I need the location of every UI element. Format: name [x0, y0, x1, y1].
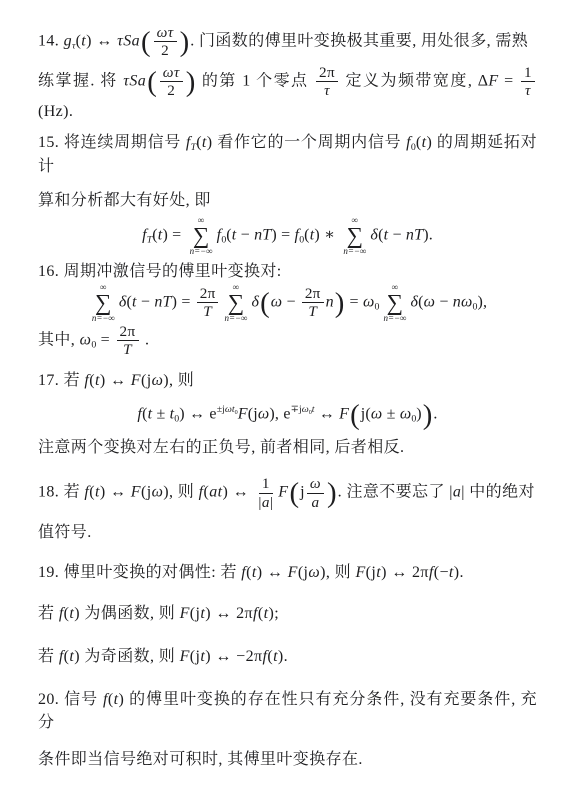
math-italic: t: [422, 134, 427, 151]
fraction-numerator: ω: [307, 475, 324, 493]
subscript: 0: [221, 234, 226, 245]
math-italic: ω: [258, 405, 270, 422]
math-italic: t: [69, 605, 74, 622]
math-italic: t: [252, 564, 257, 581]
summation: ∞∑n=−∞: [343, 216, 366, 256]
math-italic: ω: [371, 405, 383, 422]
big-parenthesis: ): [179, 26, 191, 58]
document-page: 14. gτ(t) ↔ τSa(ωτ2). 门函数的傅里叶变换极其重要, 用处很…: [0, 0, 567, 772]
math-italic: nT: [254, 226, 271, 243]
math-italic: f: [103, 691, 108, 708]
math-italic: f: [199, 484, 204, 501]
math-italic: δ: [370, 226, 378, 243]
math-italic: n: [326, 293, 334, 310]
math-italic: F: [180, 605, 190, 622]
summation: ∞∑n=−∞: [92, 283, 115, 323]
math-italic: F: [131, 372, 141, 389]
math-italic: f: [241, 564, 246, 581]
fraction: 1τ: [521, 64, 535, 100]
big-parenthesis: (: [140, 26, 152, 58]
subscript: 0: [299, 234, 304, 245]
fraction-denominator: τ: [321, 82, 333, 99]
math-italic: t: [376, 564, 381, 581]
fraction: 2πT: [197, 285, 219, 321]
math-italic: t: [95, 372, 100, 389]
subscript: 0: [411, 413, 416, 424]
summation-lower-limit: n=−∞: [383, 314, 406, 323]
subscript: 0: [91, 339, 96, 350]
math-italic: t: [232, 226, 237, 243]
item-19-line-3: 若 f(t) 为奇函数, 则 F(jt) ↔ −2πf(t).: [38, 645, 537, 668]
fraction-denominator: τ: [522, 82, 534, 99]
fraction-numerator: 1: [521, 64, 535, 82]
math-italic: F: [180, 648, 190, 665]
fraction-numerator: 2π: [302, 285, 324, 303]
math-italic: τ: [72, 41, 76, 52]
item-20-line-2: 条件即当信号绝对可积时, 其傅里叶变换存在.: [38, 748, 537, 771]
math-italic: at: [209, 484, 222, 501]
summation-lower-limit: n=−∞: [190, 247, 213, 256]
math-italic: t: [310, 226, 315, 243]
math-italic: t: [158, 226, 163, 243]
math-italic: T: [123, 341, 132, 358]
fraction: ωa: [307, 475, 324, 511]
math-italic: t: [273, 648, 278, 665]
summation: ∞∑n=−∞: [383, 283, 406, 323]
math-italic: t: [384, 226, 389, 243]
math-italic: ω: [152, 372, 164, 389]
big-parenthesis: (: [349, 399, 361, 431]
math-italic: t: [132, 293, 137, 310]
math-italic: ω: [310, 475, 321, 492]
math-italic: g: [64, 33, 72, 50]
math-italic: t: [264, 605, 269, 622]
math-italic: δ: [411, 293, 419, 310]
math-italic: nT: [406, 226, 423, 243]
math-italic: F: [488, 73, 498, 90]
math-italic: nT: [154, 293, 171, 310]
math-italic: a: [262, 494, 270, 511]
math-italic: nω: [453, 293, 473, 310]
math-italic: ω: [308, 564, 320, 581]
subscript: 0: [174, 413, 179, 424]
big-parenthesis: (: [288, 477, 300, 509]
math-italic: ω: [302, 404, 309, 415]
fraction: ωτ2: [160, 64, 183, 100]
big-parenthesis: ): [326, 477, 338, 509]
math-italic: a: [453, 484, 461, 501]
subscript: 0: [473, 301, 478, 312]
item-15-formula: fT(t) = ∞∑n=−∞f0(t − nT) = f0(t) ∗ ∞∑n=−…: [38, 216, 537, 256]
fraction-numerator: 2π: [197, 285, 219, 303]
subscript: 0: [374, 301, 379, 312]
fraction: 2πτ: [316, 64, 338, 100]
fraction: 2πT: [117, 323, 139, 359]
sigma-symbol: ∑: [387, 292, 404, 314]
item-14-line-1: 14. gτ(t) ↔ τSa(ωτ2). 门函数的傅里叶变换极其重要, 用处很…: [38, 24, 537, 60]
math-italic: t: [69, 648, 74, 665]
math-italic: Sa: [129, 73, 146, 90]
math-italic: ω: [363, 293, 375, 310]
fraction-numerator: ωτ: [160, 64, 183, 82]
math-italic: τ: [525, 82, 531, 99]
math-italic: ω: [80, 331, 92, 348]
fraction-numerator: 2π: [117, 323, 139, 341]
item-14-line-2: 练掌握. 将 τSa(ωτ2) 的第 1 个零点 2πτ 定义为频带宽度, ΔF…: [38, 64, 537, 123]
item-20-line-1: 20. 信号 f(t) 的傅里叶变换的存在性只有充分条件, 没有充要条件, 充分: [38, 688, 537, 734]
math-italic: t: [148, 405, 153, 422]
item-17-line-1: 17. 若 f(t) ↔ F(jω), 则: [38, 369, 537, 392]
sigma-symbol: ∑: [228, 292, 245, 314]
math-italic: t: [114, 691, 119, 708]
superscript: ±jωt0: [217, 404, 238, 415]
summation-lower-limit: n=−∞: [343, 247, 366, 256]
math-italic: F: [339, 405, 349, 422]
math-italic: f: [84, 372, 89, 389]
math-italic: t: [81, 33, 86, 50]
summation: ∞∑n=−∞: [224, 283, 247, 323]
item-17-formula: f(t ± t0) ↔ e±jωt0F(jω), e∓jω0t ↔ F(j(ω …: [38, 404, 537, 424]
math-italic: f: [429, 564, 434, 581]
item-17-line-2: 注意两个变换对左右的正负号, 前者相同, 后者相反.: [38, 436, 537, 459]
sigma-symbol: ∑: [347, 225, 364, 247]
math-italic: ω: [271, 293, 283, 310]
big-parenthesis: ): [422, 399, 434, 431]
fraction-denominator: T: [305, 303, 320, 320]
math-italic: ωτ: [163, 64, 180, 81]
item-18-line-2: 值符号.: [38, 521, 537, 544]
math-italic: f: [262, 648, 267, 665]
superscript: ∓jω0t: [291, 404, 315, 415]
subscript: T: [191, 142, 197, 153]
item-19-line-1: 19. 傅里叶变换的对偶性: 若 f(t) ↔ F(jω), 则 F(jt) ↔…: [38, 561, 537, 584]
math-italic: ωτ: [157, 24, 174, 41]
math-italic: f: [137, 405, 142, 422]
math-italic: T: [308, 303, 317, 320]
item-19-line-2: 若 f(t) 为偶函数, 则 F(jt) ↔ 2πf(t);: [38, 602, 537, 625]
math-italic: ω: [152, 484, 164, 501]
math-italic: t: [200, 648, 205, 665]
math-italic: a: [311, 494, 319, 511]
summation-lower-limit: n=−∞: [224, 314, 247, 323]
fraction-denominator: a: [308, 494, 322, 511]
math-italic: F: [278, 484, 288, 501]
math-italic: ω: [400, 405, 412, 422]
fraction-denominator: |a|: [255, 494, 276, 511]
math-italic: t: [200, 605, 205, 622]
math-italic: δ: [119, 293, 127, 310]
subscript: 0: [411, 142, 416, 153]
fraction: 1|a|: [255, 475, 276, 511]
math-italic: f: [59, 605, 64, 622]
fraction-denominator: 2: [158, 42, 172, 59]
subscript: T: [147, 234, 153, 245]
math-italic: f: [59, 648, 64, 665]
math-italic: t: [312, 404, 315, 415]
item-16-formula: ∞∑n=−∞δ(t − nT) = 2πT∞∑n=−∞δ(ω − 2πTn) =…: [38, 283, 537, 323]
math-italic: F: [288, 564, 298, 581]
fraction: ωτ2: [154, 24, 177, 60]
fraction-denominator: T: [120, 341, 135, 358]
item-15-line-1: 15. 将连续周期信号 fT(t) 看作它的一个周期内信号 f0(t) 的周期延…: [38, 131, 537, 179]
math-italic: F: [131, 484, 141, 501]
math-italic: F: [355, 564, 365, 581]
summation: ∞∑n=−∞: [190, 216, 213, 256]
math-italic: T: [191, 142, 197, 153]
fraction-denominator: T: [200, 303, 215, 320]
math-italic: T: [147, 234, 153, 245]
fraction-numerator: 2π: [316, 64, 338, 82]
math-italic: f: [84, 484, 89, 501]
summation-lower-limit: n=−∞: [92, 314, 115, 323]
fraction-denominator: 2: [164, 82, 178, 99]
math-italic: t: [95, 484, 100, 501]
big-parenthesis: ): [334, 287, 346, 319]
math-italic: ω: [424, 293, 436, 310]
math-italic: f: [253, 605, 258, 622]
sigma-symbol: ∑: [95, 292, 112, 314]
big-parenthesis: (: [259, 287, 271, 319]
big-parenthesis: (: [146, 66, 158, 98]
item-18-line-1: 18. 若 f(t) ↔ F(jω), 则 f(at) ↔ 1|a|F(jωa)…: [38, 475, 537, 511]
fraction-numerator: 1: [259, 475, 273, 493]
math-italic: Sa: [123, 33, 140, 50]
math-italic: τ: [324, 82, 330, 99]
math-italic: ω: [225, 404, 232, 415]
math-italic: T: [203, 303, 212, 320]
sigma-symbol: ∑: [193, 225, 210, 247]
math-italic: t: [202, 134, 207, 151]
item-15-line-2: 算和分析都大有好处, 即: [38, 189, 537, 212]
math-italic: t: [449, 564, 454, 581]
fraction: 2πT: [302, 285, 324, 321]
item-16-line-1: 16. 周期冲激信号的傅里叶变换对:: [38, 260, 537, 283]
fraction-numerator: ωτ: [154, 24, 177, 42]
big-parenthesis: ): [185, 66, 197, 98]
item-16-line-2: 其中, ω0 = 2πT .: [38, 323, 537, 359]
subscript: τ: [72, 41, 76, 52]
math-italic: F: [238, 405, 248, 422]
